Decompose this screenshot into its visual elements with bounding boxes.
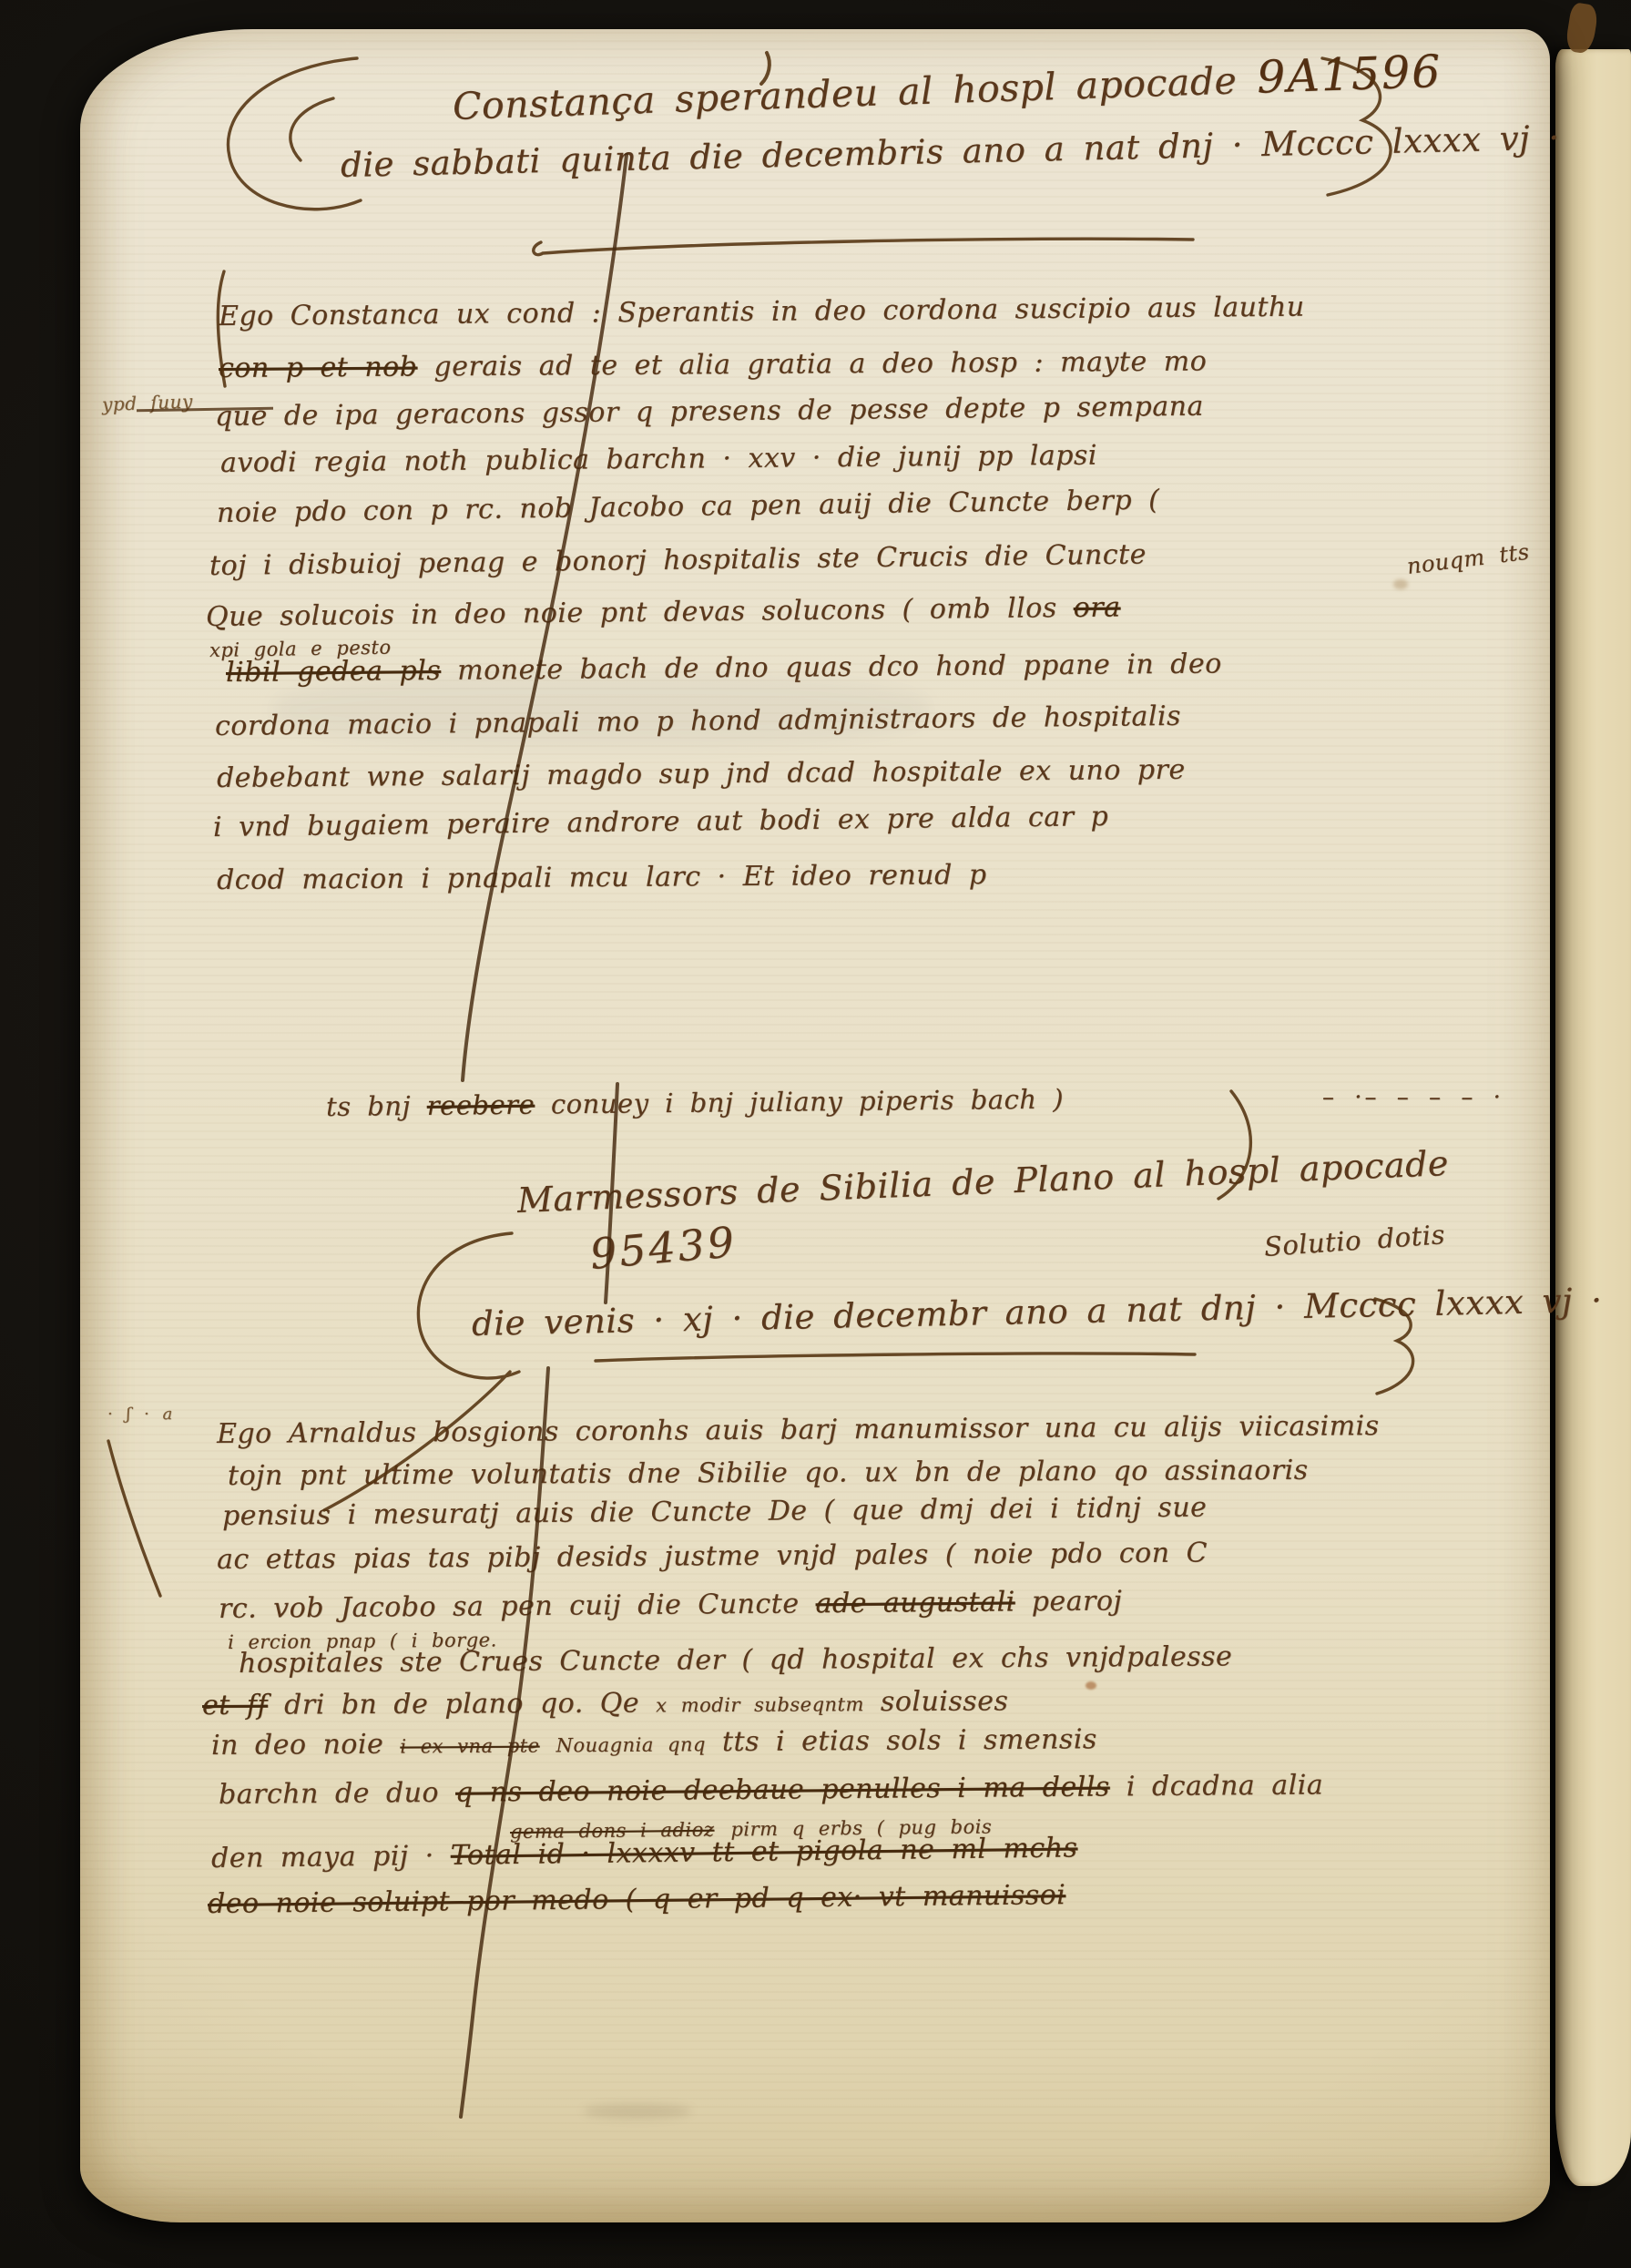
text-segment: x modir subseqntm — [656, 1693, 864, 1716]
entry2-margin-note: · ʃ · a — [107, 1405, 173, 1424]
text-segment: dri bn de plano qo. Qe — [268, 1687, 656, 1721]
manuscript-line: dcod macion i pnapali mcu larc · Et ideo… — [217, 862, 987, 894]
struck-text-segment: i ex vna pte — [400, 1734, 539, 1757]
text-segment: tojn pnt ultime voluntatis dne Sibilie q… — [228, 1455, 1309, 1492]
struck-text-segment: con p et nob — [219, 351, 418, 384]
struck-text-segment: ade augustali — [815, 1586, 1014, 1619]
entry1-witness-dashes: – ·– – – – · — [1322, 1084, 1504, 1111]
struck-text-segment: ora — [1074, 591, 1121, 624]
text-segment: tts i etias sols i smensis — [706, 1723, 1097, 1758]
text-segment: ts bnj — [326, 1090, 427, 1122]
text-segment: i dcadna alia — [1110, 1769, 1324, 1803]
binding-sliver — [1565, 2, 1599, 55]
struck-text-segment: et ff — [202, 1690, 268, 1721]
manuscript-line: ac ettas pias tas pibj desids justme vnj… — [217, 1539, 1208, 1574]
manuscript-line: avodi regia noth publica barchn · xxv · … — [220, 443, 1097, 477]
entry1-heading-number: 9A1596 — [1256, 46, 1442, 104]
adjacent-page-edge — [1555, 49, 1631, 2186]
text-segment: monete bach de dno quas dco hond ppane i… — [441, 648, 1222, 686]
text-segment: den maya pij · — [211, 1840, 451, 1875]
entry1-interline-small: xpi gola e pesto — [209, 637, 392, 661]
struck-text-segment: q ns deo noie deebaue penulles i ma dell… — [455, 1771, 1110, 1808]
manuscript-line: debebant wne salarij magdo sup jnd dcad … — [217, 757, 1186, 792]
photograph-background: Constança sperandeu al hospl apocade9A15… — [0, 0, 1631, 2268]
text-segment: Nouagnia qnq — [556, 1733, 706, 1756]
manuscript-line: Ego Arnaldus bosgions coronhs auis barj … — [217, 1413, 1380, 1448]
text-segment: gerais ad te et alia gratia a deo hosp :… — [417, 345, 1207, 383]
text-segment: in deo noie — [211, 1729, 401, 1762]
manuscript-line: in deo noie i ex vna pte Nouagnia qnq tt… — [211, 1726, 1097, 1760]
manuscript-line: tojn pnt ultime voluntatis dne Sibilie q… — [228, 1457, 1309, 1490]
text-segment: soluisses — [864, 1685, 1009, 1718]
struck-text-segment: reebere — [427, 1089, 535, 1121]
text-segment: dcod macion i pnapali mcu larc · Et ideo… — [217, 859, 987, 896]
manuscript-line: con p et nob gerais ad te et alia gratia… — [219, 348, 1207, 383]
text-segment: rc. vob Jacobo sa pen cuij die Cuncte — [219, 1588, 816, 1625]
text-segment: conuey i bnj juliany piperis bach ) — [535, 1084, 1064, 1120]
manuscript-line: rc. vob Jacobo sa pen cuij die Cuncte ad… — [219, 1588, 1123, 1623]
text-segment: barchn de duo — [219, 1777, 455, 1811]
manuscript-line: et ff dri bn de plano qo. Qe x modir sub… — [202, 1688, 1008, 1720]
text-segment: pearoj — [1015, 1585, 1123, 1618]
text-segment — [539, 1727, 556, 1759]
manuscript-line: hospitales ste Crues Cuncte der ( qd hos… — [239, 1643, 1232, 1678]
